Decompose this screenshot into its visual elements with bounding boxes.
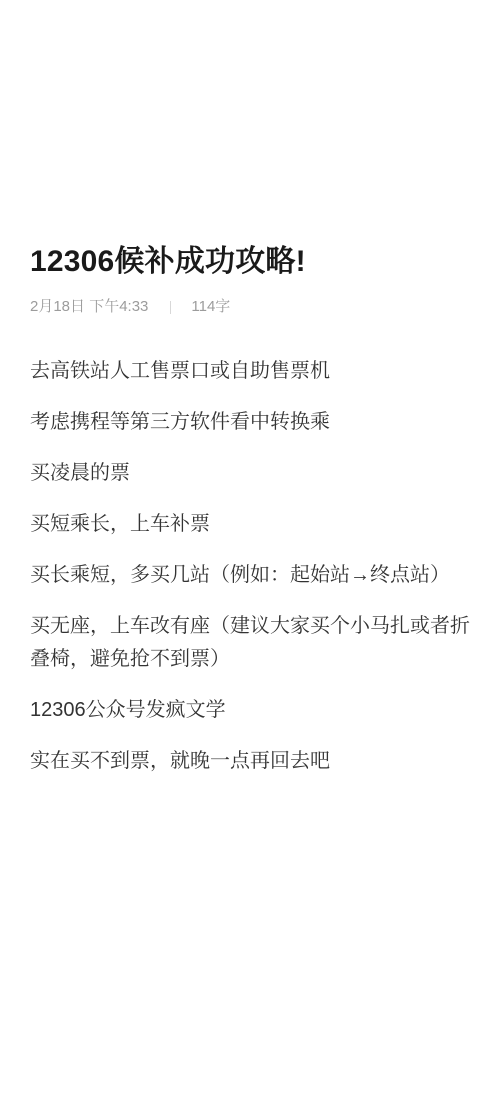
note-meta: 2月18日 下午4:33 114字	[30, 296, 470, 318]
note-title: 12306候补成功攻略!	[30, 243, 470, 281]
note-paragraph: 买无座，上车改有座（建议大家买个小马扎或者折叠椅，避免抢不到票）	[30, 610, 470, 676]
note-paragraph: 买长乘短，多买几站（例如：起始站→终点站）	[30, 559, 470, 592]
note-paragraph: 买短乘长，上车补票	[30, 508, 470, 541]
note-paragraph: 12306公众号发疯文学	[30, 694, 470, 727]
note-datetime: 2月18日 下午4:33	[30, 296, 148, 318]
note-page: 12306候补成功攻略! 2月18日 下午4:33 114字 去高铁站人工售票口…	[0, 0, 500, 1102]
note-paragraph: 考虑携程等第三方软件看中转换乘	[30, 406, 470, 439]
note-paragraph: 买凌晨的票	[30, 457, 470, 490]
note-body: 去高铁站人工售票口或自助售票机考虑携程等第三方软件看中转换乘买凌晨的票买短乘长，…	[30, 355, 470, 778]
note-paragraph: 去高铁站人工售票口或自助售票机	[30, 355, 470, 388]
meta-divider	[170, 301, 171, 314]
note-word-count: 114字	[191, 296, 230, 318]
note-paragraph: 实在买不到票，就晚一点再回去吧	[30, 745, 470, 778]
